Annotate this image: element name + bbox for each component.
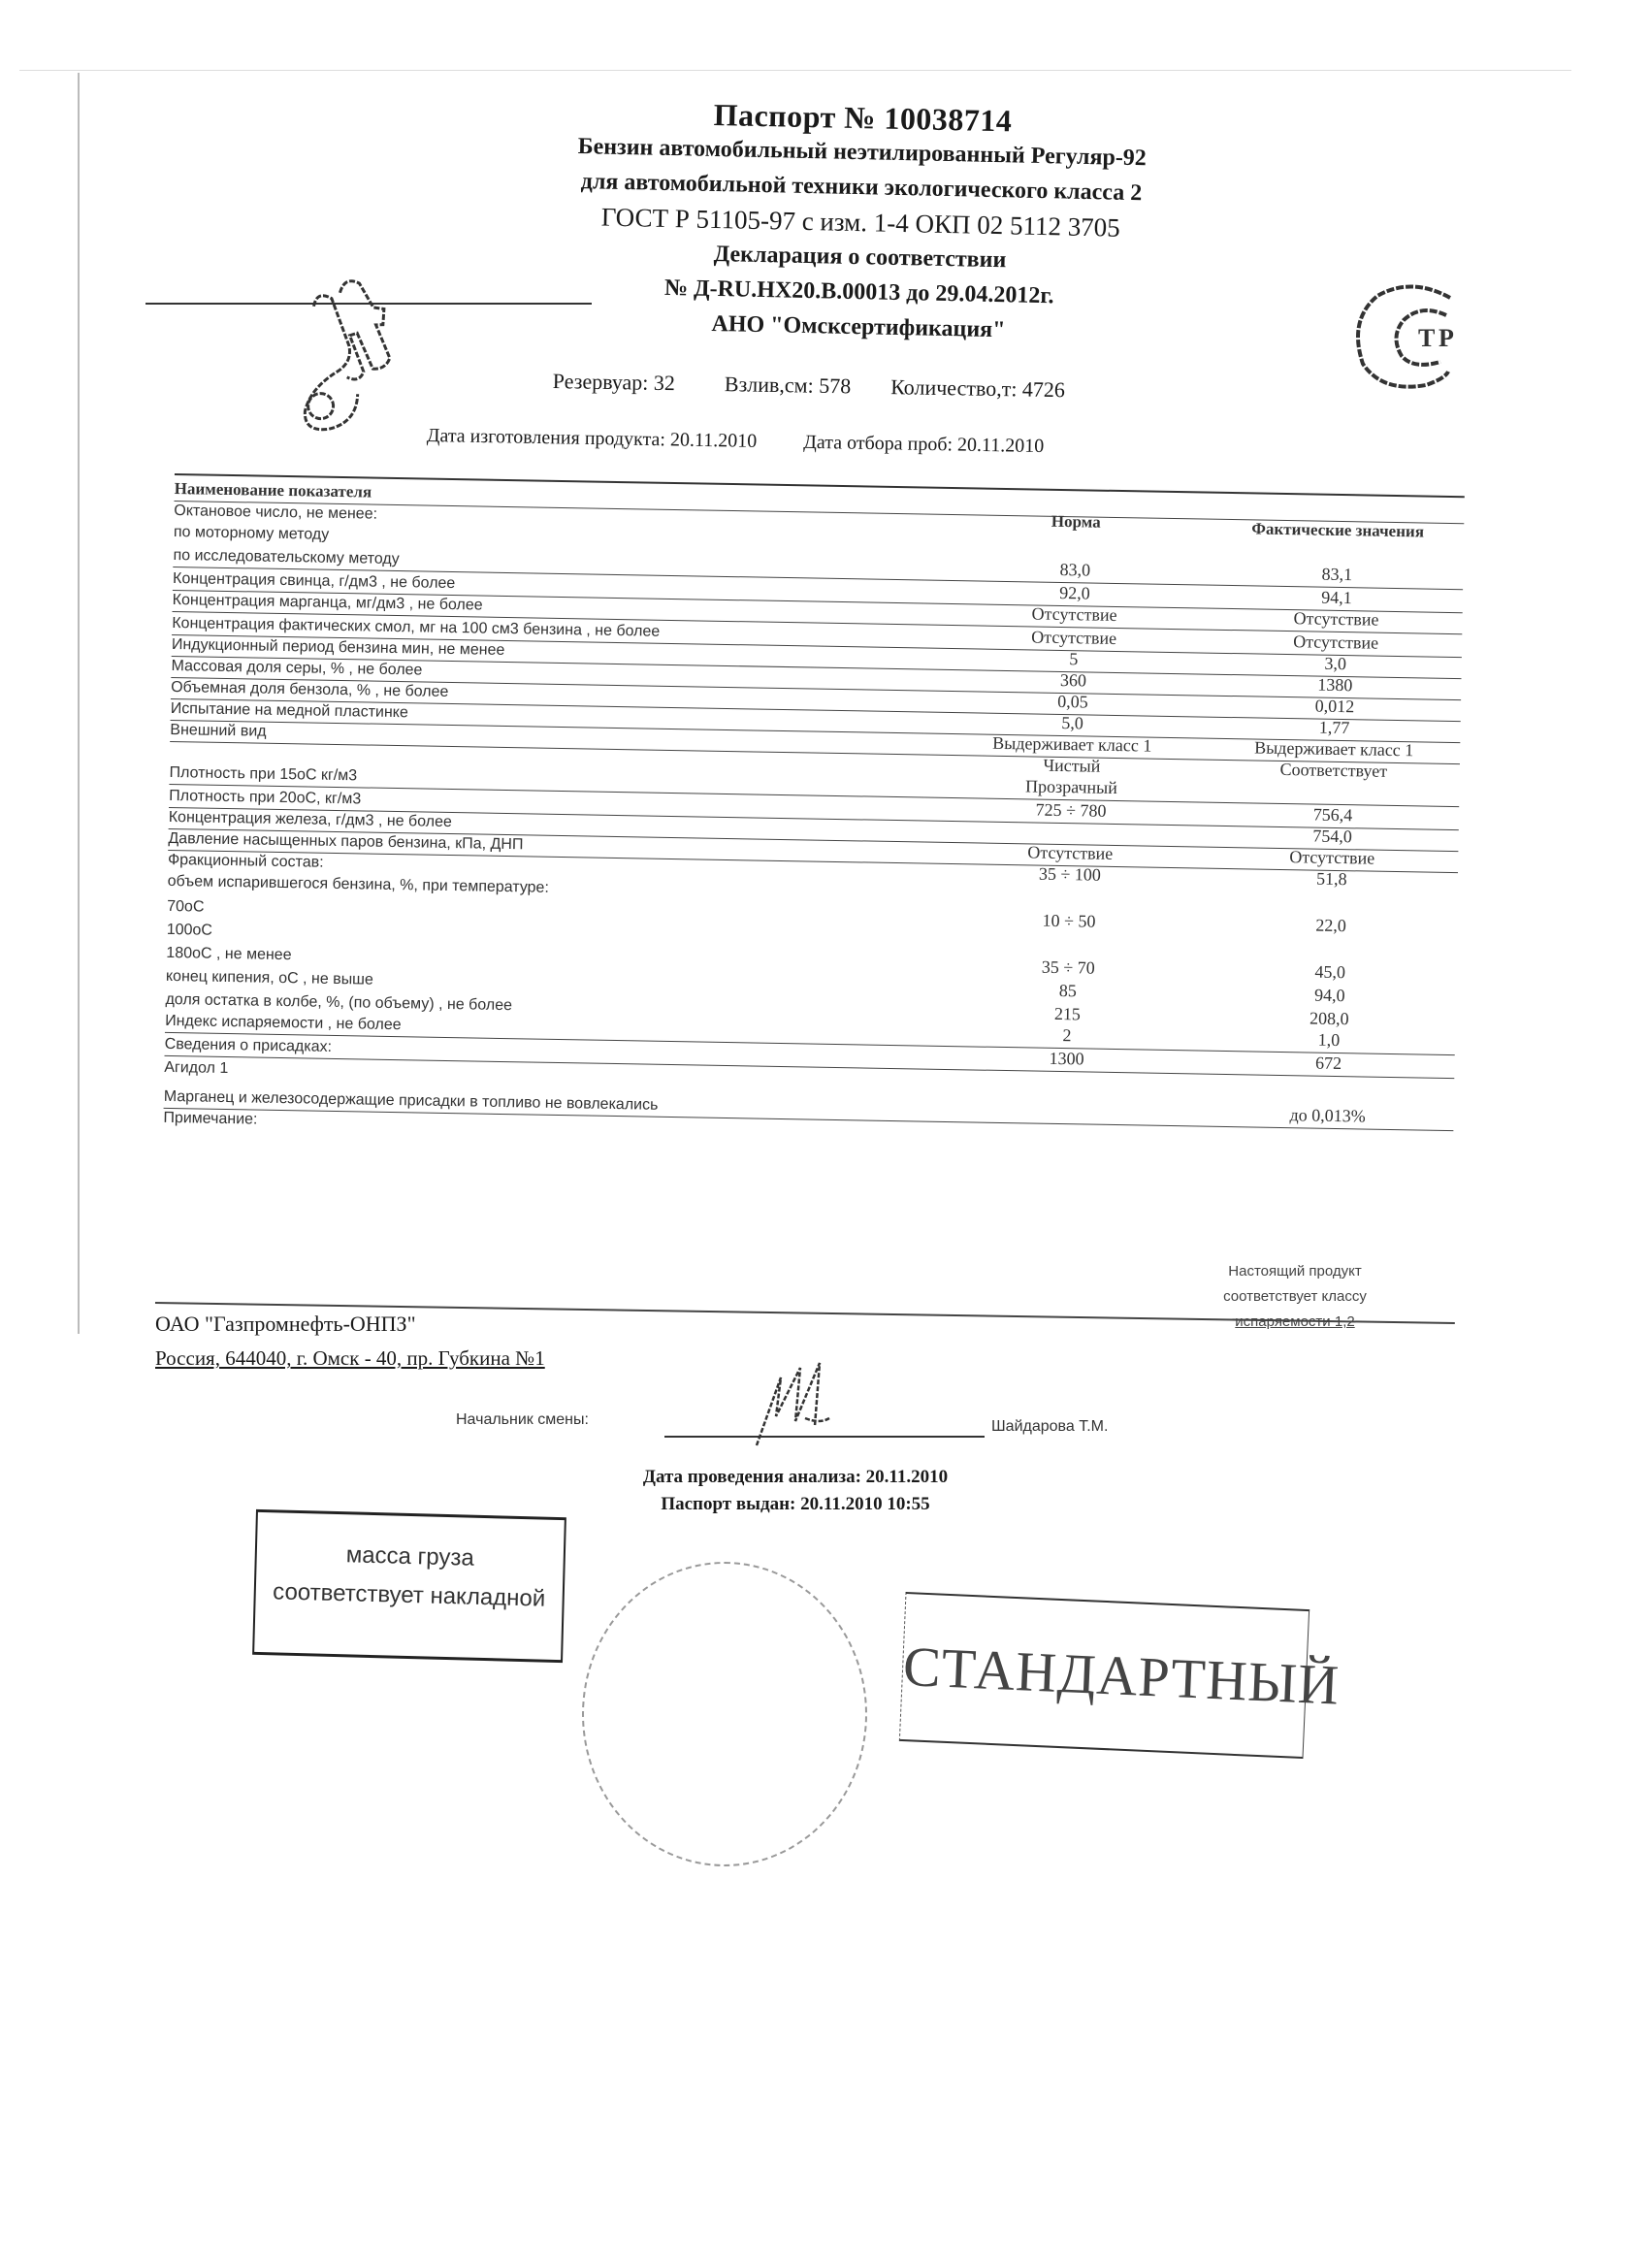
row-norm: 83,0 (949, 558, 1201, 583)
level-value: 578 (819, 373, 851, 399)
row-norm (939, 1141, 1191, 1146)
svg-text:Р: Р (1439, 324, 1454, 352)
production-date-label: Дата изготовления продукта: (427, 425, 666, 450)
row-actual: Отсутствие (1239, 607, 1433, 631)
row-norm: Отсутствие (948, 602, 1200, 628)
row-actual: 1,0 (1232, 1028, 1426, 1052)
batch-info-row: Резервуар: 32 Взлив,см: 578 Количество,т… (553, 369, 1066, 403)
row-label: по исследовательскому методу (173, 547, 399, 568)
row-label: Примечание: (163, 1110, 257, 1129)
row-actual (1234, 909, 1428, 912)
gazpromneft-logo-icon (243, 261, 436, 447)
dates-row: Дата изготовления продукта: 20.11.2010 Д… (427, 425, 1045, 458)
scan-edge-top (19, 70, 1571, 71)
reservoir-value: 32 (654, 371, 675, 395)
signatory-name: Шайдарова Т.М. (991, 1418, 1108, 1436)
cargo-mass-stamp: масса груза соответствует накладной (252, 1509, 566, 1663)
standard-stamp: СТАНДАРТНЫЙ (899, 1592, 1309, 1759)
signature-scribble-icon (737, 1348, 854, 1455)
document-header: Паспорт № 10038714 Бензин автомобильный … (480, 92, 1242, 352)
level-label: Взлив,см: (725, 372, 814, 398)
row-actual: 22,0 (1234, 914, 1428, 937)
quantity-value: 4726 (1022, 376, 1065, 402)
scan-edge-left (78, 73, 80, 1334)
row-label: объем испарившегося бензина, %, при темп… (167, 873, 549, 897)
row-label: Плотность при 15оС кг/м3 (169, 764, 357, 785)
row-label: 70оС (167, 898, 205, 917)
quantity-label: Количество,т: (890, 374, 1018, 401)
row-label: Внешний вид (170, 722, 266, 741)
row-norm: 1300 (940, 1047, 1192, 1072)
row-label: по моторному методу (174, 524, 330, 544)
row-label: 100оС (167, 922, 212, 940)
row-norm: 85 (942, 979, 1194, 1004)
passport-issued: Паспорт выдан: 20.11.2010 10:55 (0, 1494, 1620, 1515)
row-actual (1231, 1095, 1425, 1098)
note-line-2: соответствует классу (1179, 1284, 1411, 1310)
cargo-stamp-line-2: соответствует накладной (255, 1572, 563, 1619)
row-actual: 83,1 (1240, 563, 1434, 586)
company-name: ОАО "Газпромнефть-ОНПЗ" (155, 1312, 416, 1337)
svg-text:Т: Т (1418, 324, 1435, 352)
row-actual: 45,0 (1233, 960, 1427, 984)
row-norm: 10 ÷ 50 (943, 909, 1195, 934)
company-address: Россия, 644040, г. Омск - 40, пр. Губкин… (155, 1346, 545, 1371)
row-norm: 2 (941, 1023, 1193, 1049)
row-label: Индекс испаряемости , не более (165, 1013, 402, 1034)
gost-r-certification-mark-icon: Т Р (1343, 276, 1479, 403)
volatility-class-note: Настоящий продукт соответствует классу и… (1179, 1259, 1411, 1335)
round-seal-stamp (582, 1562, 867, 1866)
row-label: Сведения о присадках: (165, 1036, 333, 1056)
row-actual (1230, 1146, 1424, 1149)
row-norm: 35 ÷ 70 (942, 956, 1194, 981)
sampling-date: 20.11.2010 (957, 435, 1045, 458)
row-label: Агидол 1 (164, 1059, 228, 1078)
row-label: конец кипения, оС , не выше (166, 968, 373, 989)
analysis-date: Дата проведения анализа: 20.11.2010 (0, 1467, 1620, 1488)
sampling-date-label: Дата отбора проб: (803, 432, 953, 456)
row-actual: 94,0 (1233, 984, 1427, 1007)
row-actual: 672 (1231, 1052, 1425, 1075)
reservoir-label: Резервуар: (553, 369, 649, 395)
row-label: 180оС , не менее (166, 945, 291, 964)
signature-role: Начальник смены: (456, 1411, 589, 1429)
production-date: 20.11.2010 (670, 429, 758, 452)
row-norm (940, 1090, 1192, 1095)
note-line-1: Настоящий продукт (1179, 1259, 1411, 1284)
row-norm: Прозрачный (945, 775, 1197, 800)
quality-indicators-table: Наименование показателя Норма Фактически… (161, 473, 1465, 1281)
